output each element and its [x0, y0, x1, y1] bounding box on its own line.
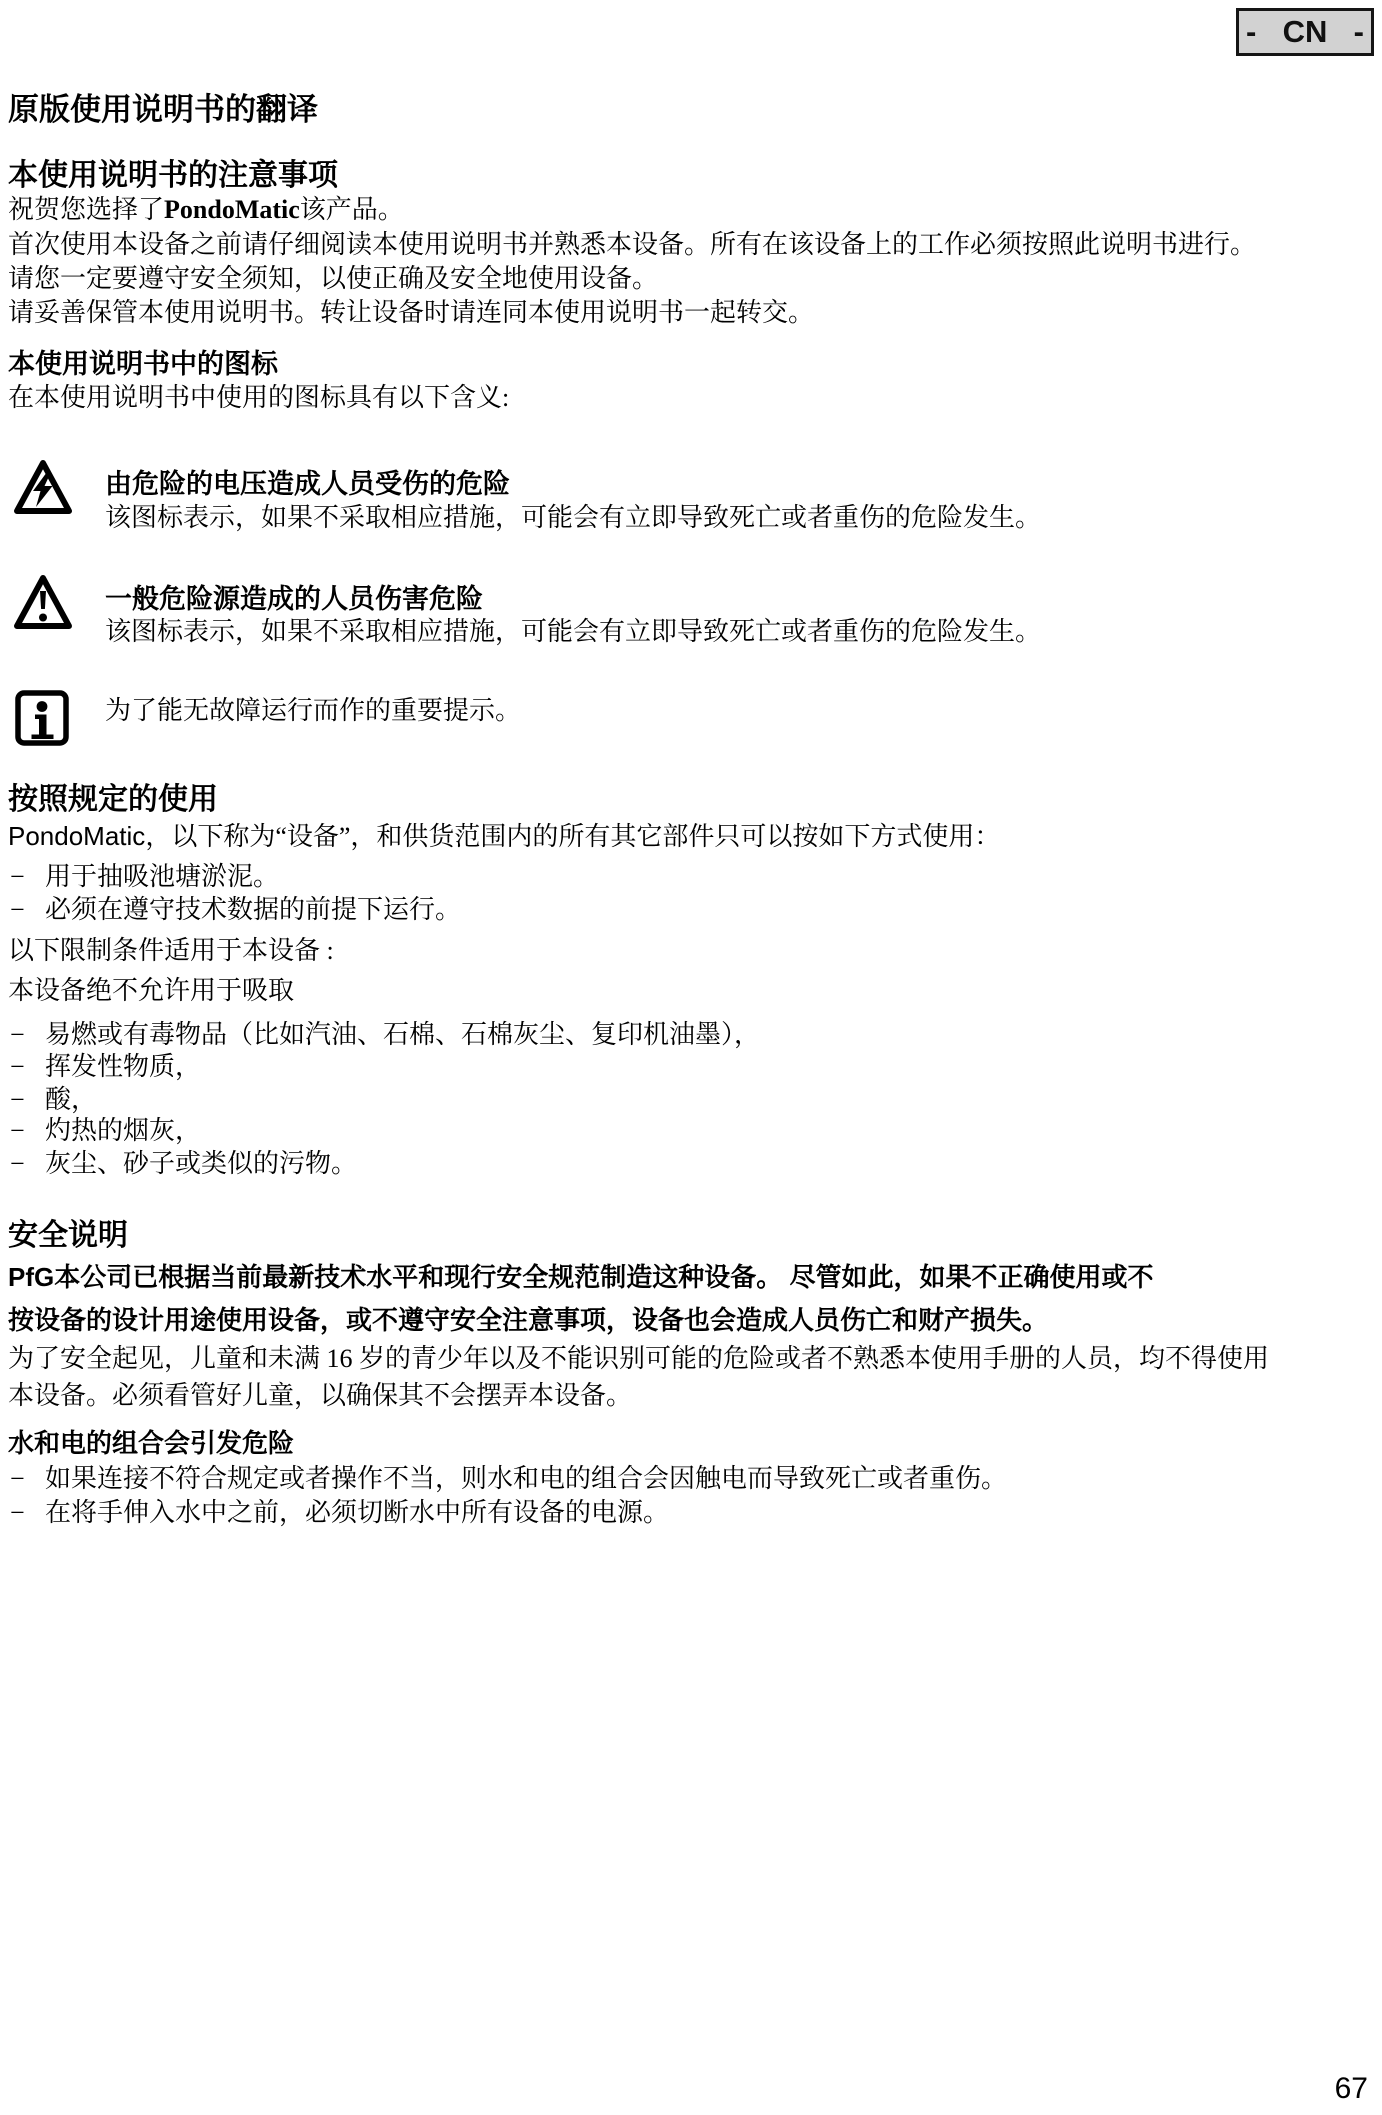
safety-bold-line-2: 按设备的设计用途使用设备，或不遵守安全注意事项，设备也会造成人员伤亡和财产损失。: [8, 1300, 1048, 1337]
water-item-1: 如果连接不符合规定或者操作不当，则水和电的组合会因触电而导致死亡或者重伤。: [45, 1463, 1007, 1496]
keep-manual-line: 请妥善保管本使用说明书。转让设备时请连同本使用说明书一起转交。: [8, 297, 814, 330]
minors-line-1: 为了安全起见，儿童和未满 16 岁的青少年以及不能识别可能的危险或者不熟悉本使用…: [8, 1343, 1269, 1376]
water-item-2: 在将手伸入水中之前，必须切断水中所有设备的电源。: [45, 1497, 669, 1530]
bullet-dash: −: [10, 1115, 45, 1148]
read-instructions-line: 首次使用本设备之前请仔细阅读本使用说明书并熟悉本设备。所有在该设备上的工作必须按…: [8, 229, 1256, 262]
safety-section-heading: 安全说明: [8, 1210, 128, 1254]
list-item: −挥发性物质，: [10, 1051, 201, 1084]
important-note-desc: 为了能无故障运行而作的重要提示。: [105, 695, 521, 728]
list-item: −在将手伸入水中之前，必须切断水中所有设备的电源。: [10, 1497, 669, 1530]
restriction-item-4: 灼热的烟灰，: [45, 1115, 201, 1148]
hazard-voltage-title: 由危险的电压造成人员受伤的危险: [105, 462, 510, 501]
page-number: 67: [1335, 2072, 1368, 2106]
congrats-post: 该产品。: [300, 195, 404, 224]
list-item: −灰尘、砂子或类似的污物。: [10, 1148, 357, 1181]
use-item-1: 用于抽吸池塘淤泥。: [45, 861, 279, 894]
badge-left-dash: -: [1246, 14, 1256, 50]
intended-use-intro-text: ，以下称为“设备”，和供货范围内的所有其它部件只可以按如下方式使用：: [145, 822, 1000, 851]
company-name: PfG: [8, 1262, 54, 1292]
hazard-general-title: 一般危险源造成的人员伤害危险: [105, 577, 483, 616]
list-item: −用于抽吸池塘淤泥。: [10, 861, 279, 894]
bullet-dash: −: [10, 1497, 45, 1530]
brand-name: PondoMatic: [8, 821, 145, 851]
bullet-dash: −: [10, 1051, 45, 1084]
badge-language-code: CN: [1283, 14, 1328, 50]
congrats-line: 祝贺您选择了PondoMatic该产品。: [8, 194, 404, 227]
never-use-line: 本设备绝不允许用于吸取: [8, 975, 294, 1008]
hazard-voltage-desc: 该图标表示，如果不采取相应措施，可能会有立即导致死亡或者重伤的危险发生。: [105, 502, 1041, 535]
minors-line-2: 本设备。必须看管好儿童，以确保其不会摆弄本设备。: [8, 1380, 632, 1413]
congrats-pre: 祝贺您选择了: [8, 195, 164, 224]
brand-name: PondoMatic: [164, 195, 300, 224]
list-item: −如果连接不符合规定或者操作不当，则水和电的组合会因触电而导致死亡或者重伤。: [10, 1463, 1007, 1496]
intended-use-heading: 按照规定的使用: [8, 774, 218, 818]
restriction-item-3: 酸，: [45, 1084, 97, 1117]
language-badge: - CN -: [1236, 8, 1374, 56]
page-title: 原版使用说明书的翻译: [8, 84, 318, 129]
bullet-dash: −: [10, 861, 45, 894]
list-item: −易燃或有毒物品（比如汽油、石棉、石棉灰尘、复印机油墨），: [10, 1019, 760, 1052]
notes-section-heading: 本使用说明书的注意事项: [8, 150, 338, 194]
list-item: −酸，: [10, 1084, 97, 1117]
safety-bold-text-1: 本公司已根据当前最新技术水平和现行安全规范制造这种设备。 尽管如此，如果不正确使…: [54, 1262, 1153, 1292]
bullet-dash: −: [10, 1148, 45, 1181]
icons-section-heading: 本使用说明书中的图标: [8, 342, 278, 381]
restriction-item-2: 挥发性物质，: [45, 1051, 201, 1084]
badge-right-dash: -: [1354, 14, 1364, 50]
hazard-general-desc: 该图标表示，如果不采取相应措施，可能会有立即导致死亡或者重伤的危险发生。: [105, 616, 1041, 649]
water-electricity-heading: 水和电的组合会引发危险: [8, 1423, 294, 1460]
restriction-item-1: 易燃或有毒物品（比如汽油、石棉、石棉灰尘、复印机油墨），: [45, 1019, 760, 1052]
bullet-dash: −: [10, 1019, 45, 1052]
icons-section-intro: 在本使用说明书中使用的图标具有以下含义:: [8, 382, 509, 415]
high-voltage-warning-icon: [12, 458, 74, 516]
list-item: −灼热的烟灰，: [10, 1115, 201, 1148]
safety-notice-line: 请您一定要遵守安全须知，以使正确及安全地使用设备。: [8, 263, 658, 296]
bullet-dash: −: [10, 894, 45, 927]
use-item-2: 必须在遵守技术数据的前提下运行。: [45, 894, 461, 927]
bullet-dash: −: [10, 1084, 45, 1117]
restriction-item-5: 灰尘、砂子或类似的污物。: [45, 1148, 357, 1181]
restrictions-intro: 以下限制条件适用于本设备 :: [8, 935, 334, 968]
safety-bold-line-1: PfG本公司已根据当前最新技术水平和现行安全规范制造这种设备。 尽管如此，如果不…: [8, 1257, 1153, 1294]
important-note-icon: [15, 689, 69, 747]
intended-use-intro: PondoMatic，以下称为“设备”，和供货范围内的所有其它部件只可以按如下方…: [8, 820, 1000, 854]
manual-page: - CN - 原版使用说明书的翻译 本使用说明书的注意事项 祝贺您选择了Pond…: [0, 0, 1382, 2115]
bullet-dash: −: [10, 1463, 45, 1496]
list-item: −必须在遵守技术数据的前提下运行。: [10, 894, 461, 927]
general-hazard-warning-icon: [12, 573, 74, 631]
